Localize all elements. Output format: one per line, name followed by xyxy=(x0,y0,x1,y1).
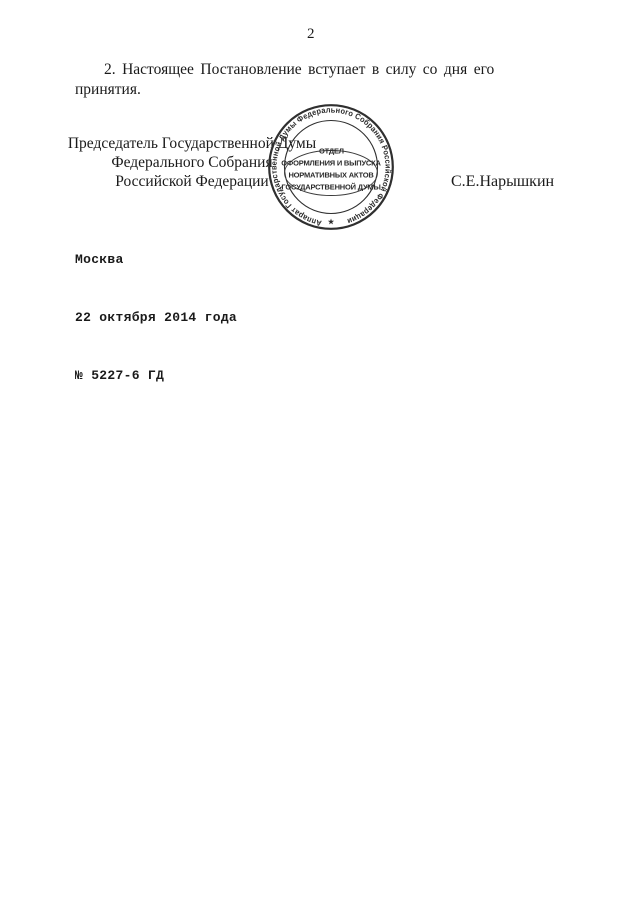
stamp-star-icon: ★ xyxy=(328,218,335,226)
footer-block: Москва 22 октября 2014 года № 5227-6 ГД xyxy=(75,212,237,423)
official-round-stamp: Аппарат Государственной Думы Федеральног… xyxy=(261,97,401,237)
footer-document-number: № 5227-6 ГД xyxy=(75,366,237,385)
stamp-center-line-4: ГОСУДАРСТВЕННОЙ ДУМЫ xyxy=(281,183,380,192)
resolution-clause-text: 2. Настоящее Постановление вступает в си… xyxy=(75,60,563,100)
page: 2 2. Настоящее Постановление вступает в … xyxy=(0,0,640,905)
stamp-center-line-2: ОФОРМЛЕНИЯ И ВЫПУСКА xyxy=(281,159,381,168)
footer-city: Москва xyxy=(75,250,237,269)
stamp-center-line-3: НОРМАТИВНЫХ АКТОВ xyxy=(288,171,374,180)
stamp-center-line-1: ОТДЕЛ xyxy=(319,147,344,156)
footer-date: 22 октября 2014 года xyxy=(75,308,237,327)
page-number: 2 xyxy=(0,26,622,43)
signer-name: С.Е.Нарышкин xyxy=(451,173,554,191)
document-page: { "page": { "number": "2" }, "body": { "… xyxy=(0,0,640,905)
